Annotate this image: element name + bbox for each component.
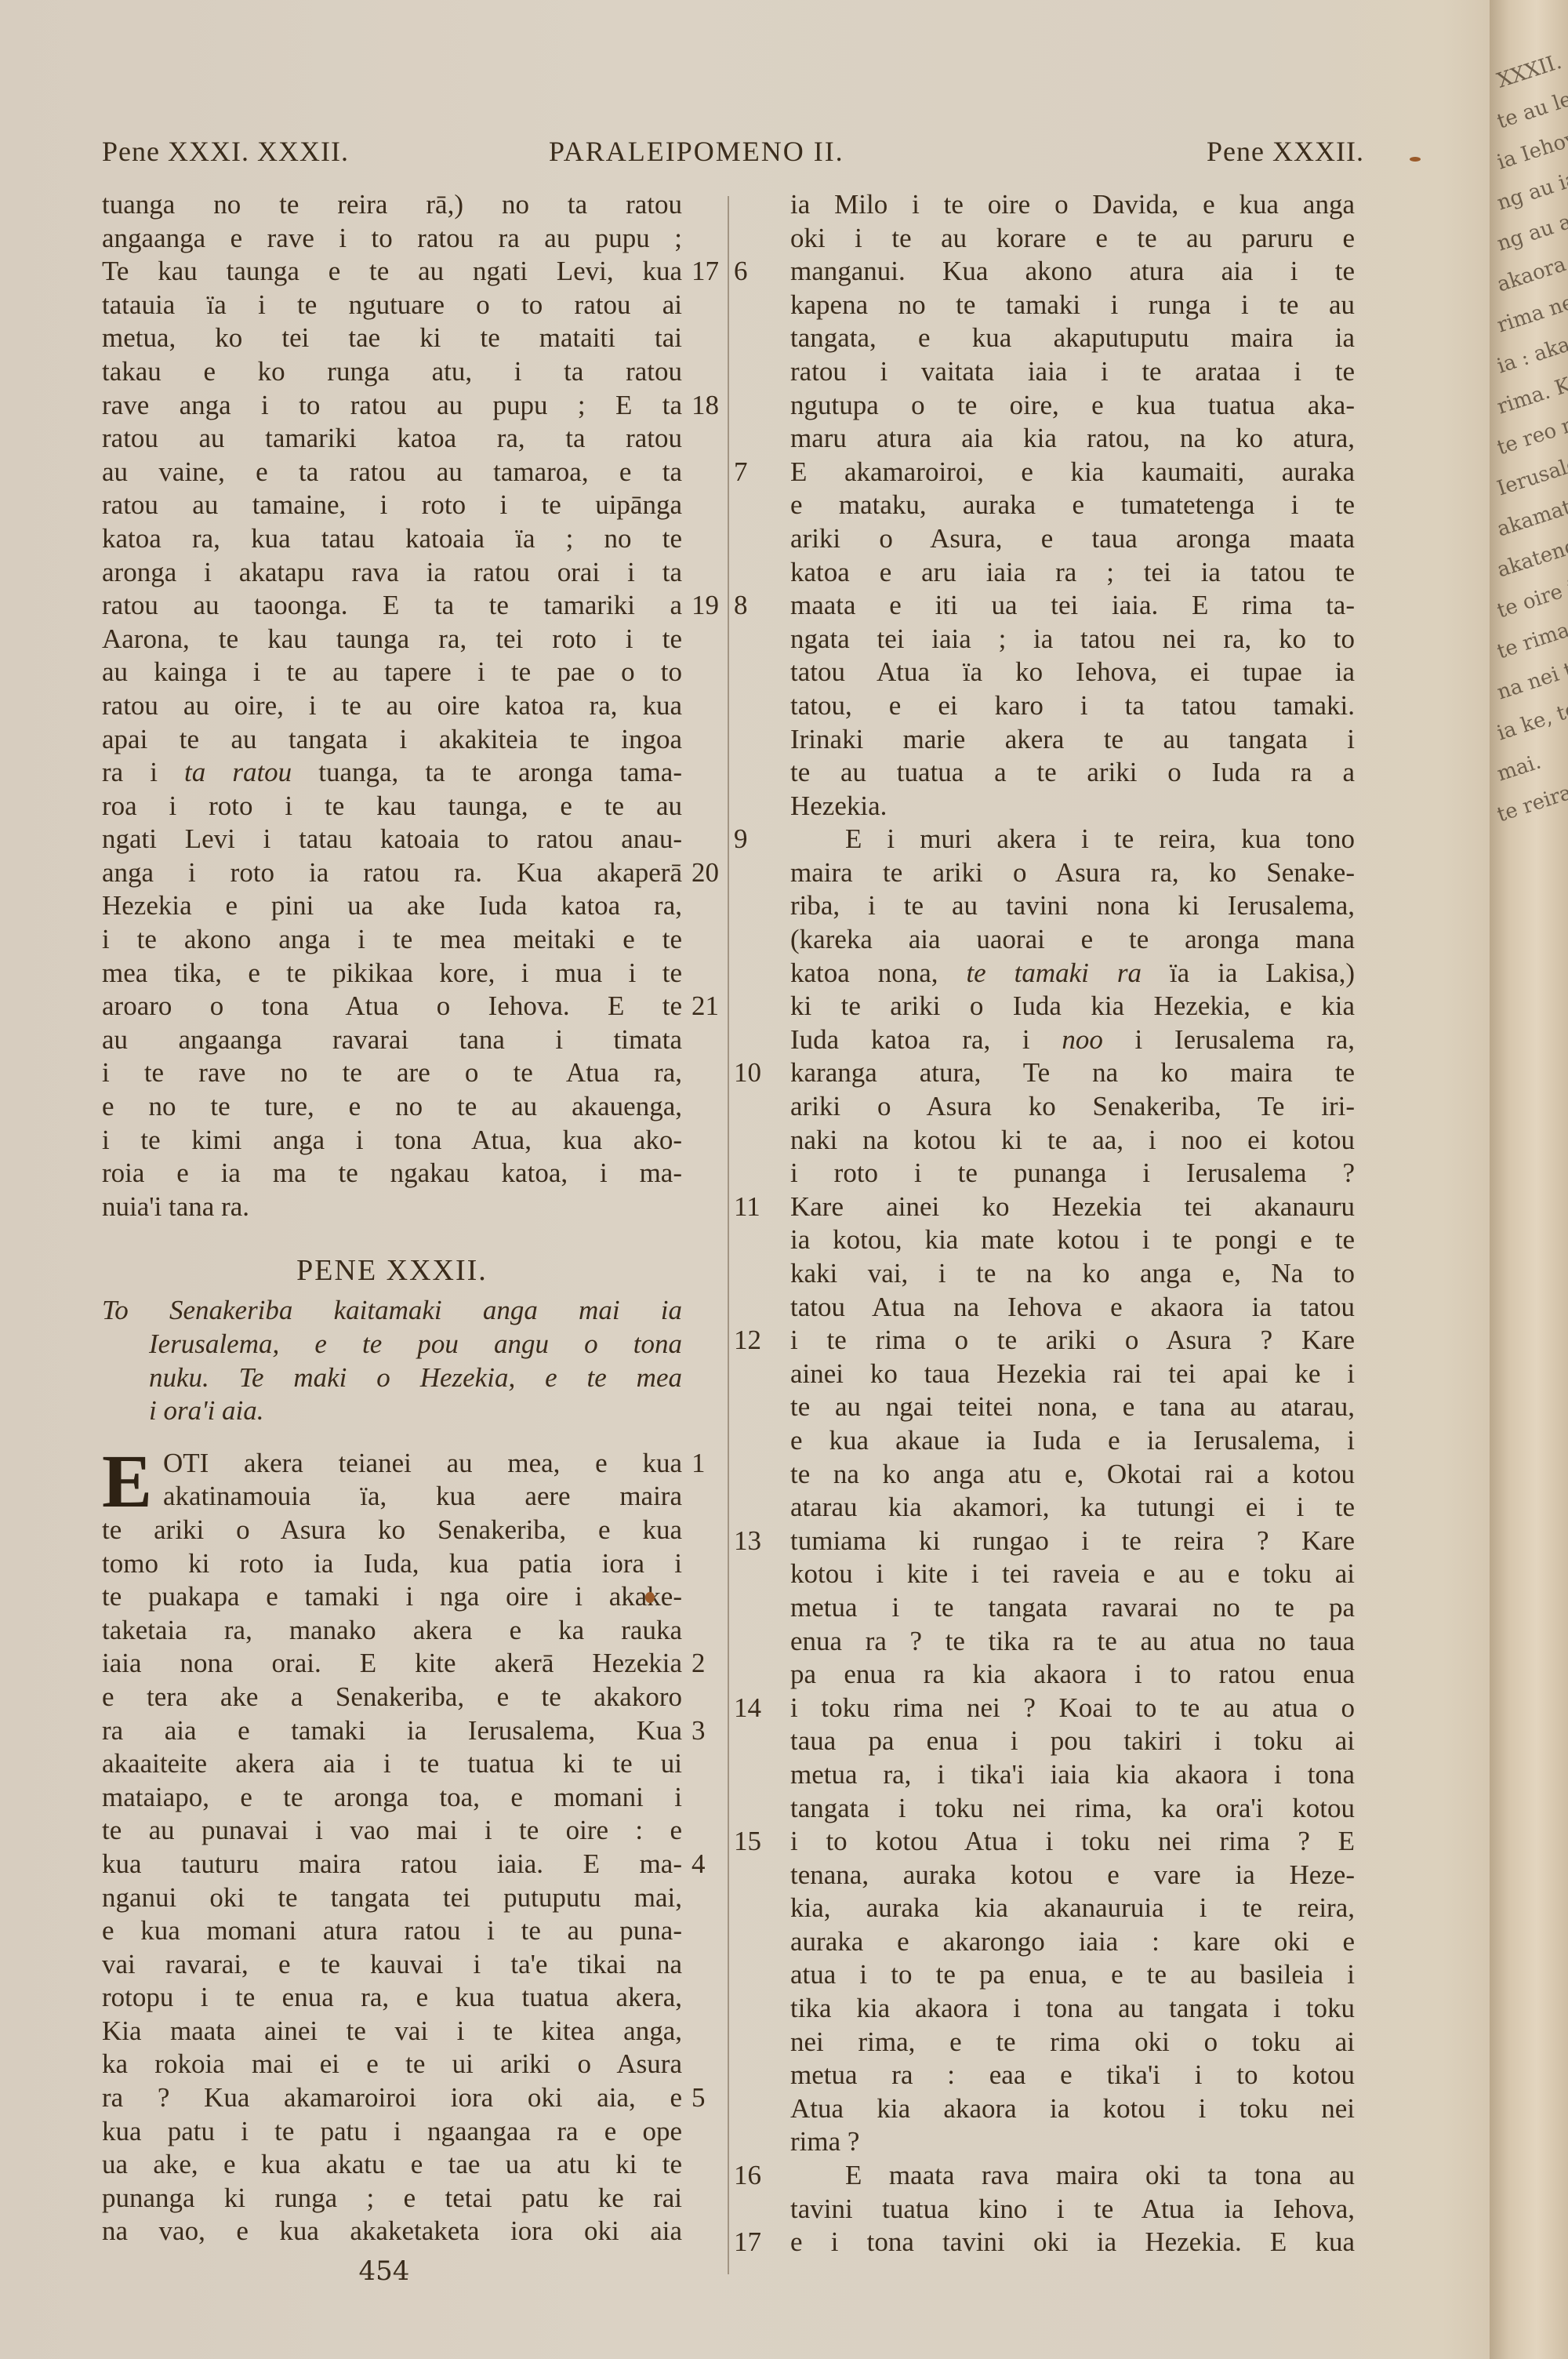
summary-line: Ierusalema, e te pou angu o tona [102, 1328, 682, 1361]
line-text: enua ra ? te tika ra te au atua no taua [790, 1626, 1355, 1656]
left-column-text-after-dropcap: te ariki o Asura ko Senakeriba, e kuatom… [102, 1514, 682, 2248]
line-text: e tera ake a Senakeriba, e te akakoro [102, 1681, 682, 1712]
text-line: aronga i akatapu rava ia ratou orai i ta [102, 556, 682, 590]
text-line: ka rokoia mai ei e te ui ariki o Asura [102, 2048, 682, 2081]
text-line: aroaro o tona Atua o Iehova. E te21 [102, 990, 682, 1023]
line-text: punanga ki runga ; e tetai patu ke rai [102, 2183, 682, 2213]
text-line: te ariki o Asura ko Senakeriba, e kua [102, 1514, 682, 1547]
page-number: 454 [345, 2255, 423, 2287]
text-line: ratou au taoonga. E ta te tamariki a19 [102, 589, 682, 623]
line-text: vai ravarai, e te kauvai i ta'e tikai na [102, 1949, 682, 1979]
text-line: apai te au tangata i akakiteia te ingoa [102, 723, 682, 757]
line-text: ratou au tamaine, i roto i te uipānga [102, 489, 682, 520]
line-text: nganui oki te tangata tei putuputu mai, [102, 1882, 682, 1913]
text-line: roa i roto i te kau taunga, e te au [102, 790, 682, 823]
line-text: rave anga i to ratou au pupu ; E ta [102, 390, 682, 420]
right-column-text: ia Milo i te oire o Davida, e kua angaok… [790, 188, 1355, 2259]
text-line: takau e ko runga atu, i ta ratou [102, 355, 682, 389]
text-line: e mataku, auraka e tumatetenga i te [790, 489, 1355, 522]
line-text: tatou, e ei karo i ta tatou tamaki. [790, 690, 1355, 721]
text-line: ia Milo i te oire o Davida, e kua anga [790, 188, 1355, 222]
line-text: i toku rima nei ? Koai to te au atua o [790, 1692, 1355, 1723]
line-text: kapena no te tamaki i runga i te au [790, 289, 1355, 320]
line-text: Iuda katoa ra, i [790, 1024, 1062, 1055]
verse-number: 17 [691, 255, 739, 289]
text-line: ratou au oire, i te au oire katoa ra, ku… [102, 689, 682, 723]
line-text: atua i to te pa enua, e te au basileia i [790, 1959, 1355, 1990]
text-line: tatou Atua na Iehova e akaora ia tatou [790, 1291, 1355, 1325]
line-text: aronga i akatapu rava ia ratou orai i ta [102, 557, 682, 587]
text-line: kia, auraka kia akanauruia i te reira, [790, 1892, 1355, 1925]
text-line: Irinaki marie akera te au tangata i [790, 723, 1355, 757]
line-text: au angaanga ravarai tana i timata [102, 1024, 682, 1055]
text-line: vai ravarai, e te kauvai i ta'e tikai na [102, 1948, 682, 1982]
text-line: kapena no te tamaki i runga i te au [790, 289, 1355, 322]
text-line: naki na kotou ki te aa, i noo ei kotou [790, 1124, 1355, 1158]
text-line: ngati Levi i tatau katoaia to ratou anau… [102, 823, 682, 856]
text-line: akatinamouia ïa, kua aere maira [102, 1480, 682, 1514]
line-text: te puakapa e tamaki i nga oire i akake- [102, 1581, 682, 1612]
text-line: (kareka aia uaorai e te aronga mana [790, 923, 1355, 957]
text-line: ariki o Asura, e taua aronga maata [790, 522, 1355, 556]
line-text: angaanga e rave i to ratou ra au pupu ; [102, 223, 682, 253]
line-text: (kareka aia uaorai e te aronga mana [790, 924, 1355, 954]
line-text: i te akono anga i te mea meitaki e te [102, 924, 682, 954]
line-text: tangata, e kua akaputuputu maira ia [790, 322, 1355, 353]
line-text: ka rokoia mai ei e te ui ariki o Asura [102, 2048, 682, 2079]
next-page-text-fragment: mai. [1494, 750, 1544, 786]
line-text: Hezekia. [790, 791, 887, 821]
line-text: tatauia ïa i te ngutuare o to ratou ai [102, 289, 682, 320]
line-text: aroaro o tona Atua o Iehova. E te [102, 990, 682, 1021]
text-line: tangata i toku nei rima, ka ora'i kotou [790, 1792, 1355, 1826]
text-line: oki i te au korare e te au paruru e [790, 222, 1355, 256]
line-text: e mataku, auraka e tumatetenga i te [790, 489, 1355, 520]
line-text: kia, auraka kia akanauruia i te reira, [790, 1892, 1355, 1923]
text-line: kua patu i te patu i ngaangaa ra e ope [102, 2115, 682, 2149]
text-line: ainei ko taua Hezekia rai tei apai ke i [790, 1358, 1355, 1391]
text-line: anga i roto ia ratou ra. Kua akaperā20 [102, 856, 682, 890]
verse-number: 21 [691, 990, 739, 1023]
line-text: ratou au tamariki katoa ra, ta ratou [102, 423, 682, 453]
text-line: kaki vai, i te na ko anga e, Na to [790, 1257, 1355, 1291]
right-column: ia Milo i te oire o Davida, e kua angaok… [790, 188, 1355, 2259]
line-text: ngutupa o te oire, e kua tuatua aka- [790, 390, 1355, 420]
line-text: Hezekia e pini ua ake Iuda katoa ra, [102, 890, 682, 921]
line-text: tatou Atua na Iehova e akaora ia tatou [790, 1292, 1355, 1322]
next-page-edge: XXXII.te au leta akaia Iehova ; eng au i… [1490, 0, 1568, 2359]
verse-number: 8 [734, 589, 781, 623]
text-line: te na ko anga atu e, Okotai rai a kotou [790, 1458, 1355, 1492]
line-text: tavini tuatua kino i te Atua ia Iehova, [790, 2194, 1355, 2224]
line-text: ua ake, e kua akatu e tae ua atu ki te [102, 2149, 682, 2179]
running-head-right-chapter: XXXII. [1272, 136, 1364, 167]
text-line: nei rima, e te rima oki o toku ai [790, 2026, 1355, 2059]
line-text: mataiapo, e te aronga toa, e momani i [102, 1782, 682, 1812]
line-text: Te kau taunga e te au ngati Levi, kua [102, 256, 682, 286]
running-head-left: Pene XXXI. XXXII. [102, 135, 349, 168]
line-text: i Ierusalema ra, [1103, 1024, 1355, 1055]
summary-line: i ora'i aia. [102, 1394, 682, 1428]
text-line: e kua akaue ia Iuda e ia Ierusalema, i [790, 1424, 1355, 1458]
text-line: metua ra : eaa e tika'i i to kotou [790, 2059, 1355, 2092]
text-line: ua ake, e kua akatu e tae ua atu ki te [102, 2148, 682, 2182]
text-line: ariki o Asura ko Senakeriba, Te iri- [790, 1090, 1355, 1124]
text-line: te puakapa e tamaki i nga oire i akake- [102, 1580, 682, 1614]
text-line: pa enua ra kia akaora i to ratou enua [790, 1658, 1355, 1692]
text-line: atarau kia akamori, ka tutungi ei i te [790, 1491, 1355, 1525]
text-line: tumiama ki rungao i te reira ? Kare13 [790, 1525, 1355, 1558]
text-line: i roto i te punanga i Ierusalema ? [790, 1157, 1355, 1190]
verse-number: 9 [734, 823, 781, 856]
text-line: ratou au tamaine, i roto i te uipānga [102, 489, 682, 522]
text-line: Atua kia akaora ia kotou i toku nei [790, 2092, 1355, 2126]
line-text: Irinaki marie akera te au tangata i [790, 724, 1355, 754]
line-text: e no te ture, e no te au akauenga, [102, 1091, 682, 1121]
text-line: karanga atura, Te na ko maira te10 [790, 1056, 1355, 1090]
text-line: katoa ra, kua tatau katoaia ïa ; no te [102, 522, 682, 556]
text-line: te au ngai teitei nona, e tana au atarau… [790, 1390, 1355, 1424]
text-line: tangata, e kua akaputuputu maira ia [790, 322, 1355, 355]
summary-line: nuku. Te maki o Hezekia, e te mea [102, 1361, 682, 1395]
line-text: rotopu i te enua ra, e kua tuatua akera, [102, 1982, 682, 2012]
text-line: punanga ki runga ; e tetai patu ke rai [102, 2182, 682, 2215]
line-text: akatinamouia ïa, kua aere maira [163, 1481, 682, 1511]
line-text: ratou i vaitata iaia i te arataa i te [790, 356, 1355, 387]
line-text: mea tika, e te pikikaa kore, i mua i te [102, 958, 682, 988]
text-line: tatou, e ei karo i ta tatou tamaki. [790, 689, 1355, 723]
text-line: metua i te tangata ravarai no te pa [790, 1591, 1355, 1625]
italic-text: ta ratou [184, 757, 292, 787]
verse-number: 10 [734, 1056, 781, 1090]
text-line: tatou Atua ïa ko Iehova, ei tupae ia [790, 656, 1355, 689]
text-line: kotou i kite i tei raveia e au e toku ai [790, 1558, 1355, 1591]
verse-number: 5 [691, 2081, 739, 2115]
line-text: karanga atura, Te na ko maira te [790, 1057, 1355, 1088]
text-line: au angaanga ravarai tana i timata [102, 1023, 682, 1057]
line-text: metua ra : eaa e tika'i i to kotou [790, 2059, 1355, 2090]
text-line: Kia maata ainei te vai i te kitea anga, [102, 2015, 682, 2048]
text-line: ra i ta ratou tuanga, ta te aronga tama- [102, 756, 682, 790]
text-line: te au tuatua a te ariki o Iuda ra a [790, 756, 1355, 790]
book-page: Pene XXXI. XXXII. PARALEIPOMENO II. Pene… [0, 0, 1490, 2359]
line-text: nuia'i tana ra. [102, 1191, 249, 1222]
line-text: ki te ariki o Iuda kia Hezekia, e kia [790, 990, 1355, 1021]
verse-number: 14 [734, 1692, 781, 1725]
line-text: taketaia ra, manako akera e ka rauka [102, 1615, 682, 1645]
verse-number: 3 [691, 1714, 739, 1748]
line-text: atarau kia akamori, ka tutungi ei i te [790, 1492, 1355, 1522]
line-text: i to kotou Atua i toku nei rima ? E [790, 1826, 1355, 1856]
ink-stain [1410, 157, 1421, 162]
line-text: au kainga i te au tapere i te pae o to [102, 656, 682, 687]
text-line: i te kimi anga i tona Atua, kua ako- [102, 1124, 682, 1158]
line-text: tumiama ki rungao i te reira ? Kare [790, 1525, 1355, 1556]
running-head-right: Pene XXXII. [1207, 135, 1364, 168]
text-line: i te rima o te ariki o Asura ? Kare12 [790, 1324, 1355, 1358]
line-text: nei rima, e te rima oki o toku ai [790, 2026, 1355, 2057]
line-text: OTI akera teianei au mea, e kua [163, 1448, 682, 1478]
text-line: kua tauturu maira ratou iaia. E ma-4 [102, 1848, 682, 1881]
verse-number: 15 [734, 1825, 781, 1859]
line-text: taua pa enua i pou takiri i toku ai [790, 1725, 1355, 1756]
verse-number: 18 [691, 389, 739, 423]
line-text: Aarona, te kau taunga ra, tei roto i te [102, 623, 682, 654]
text-line: ia kotou, kia mate kotou i te pongi e te [790, 1223, 1355, 1257]
line-text: kaki vai, i te na ko anga e, Na to [790, 1258, 1355, 1289]
line-text: tuanga, ta te aronga tama- [292, 757, 682, 787]
left-column: tuanga no te reira rā,) no ta ratouangaa… [102, 188, 682, 2248]
line-text: E akamaroiroi, e kia kaumaiti, auraka [790, 456, 1355, 487]
text-line: iaia nona orai. E kite akerā Hezekia2 [102, 1647, 682, 1681]
line-text: maata e iti ua tei iaia. E rima ta- [790, 590, 1355, 620]
text-line: ki te ariki o Iuda kia Hezekia, e kia [790, 990, 1355, 1023]
line-text: akaaiteite akera aia i te tuatua ki te u… [102, 1748, 682, 1779]
line-text: maru atura aia kia ratou, na ko atura, [790, 423, 1355, 453]
text-line: Iuda katoa ra, i noo i Ierusalema ra, [790, 1023, 1355, 1057]
text-line: E i muri akera i te reira, kua tono9 [790, 823, 1355, 856]
text-line: au kainga i te au tapere i te pae o to [102, 656, 682, 689]
line-text: Kia maata ainei te vai i te kitea anga, [102, 2016, 682, 2046]
text-line: maata e iti ua tei iaia. E rima ta-8 [790, 589, 1355, 623]
line-text: ariki o Asura ko Senakeriba, Te iri- [790, 1091, 1355, 1121]
left-column-text-before-heading: tuanga no te reira rā,) no ta ratouangaa… [102, 188, 682, 1223]
line-text: kotou i kite i tei raveia e au e toku ai [790, 1558, 1355, 1589]
text-line: i to kotou Atua i toku nei rima ? E15 [790, 1825, 1355, 1859]
text-line: e no te ture, e no te au akauenga, [102, 1090, 682, 1124]
text-line: rave anga i to ratou au pupu ; E ta18 [102, 389, 682, 423]
line-text: i roto i te punanga i Ierusalema ? [790, 1158, 1355, 1188]
text-line: mataiapo, e te aronga toa, e momani i [102, 1781, 682, 1815]
verse-number: 19 [691, 589, 739, 623]
verse-number: 13 [734, 1525, 781, 1558]
verse-number: 4 [691, 1848, 739, 1881]
line-text: takau e ko runga atu, i ta ratou [102, 356, 682, 387]
chapter-opening: E OTI akera teianei au mea, e kua1akatin… [102, 1447, 682, 1514]
line-text: te au tuatua a te ariki o Iuda ra a [790, 757, 1355, 787]
line-text: i te kimi anga i tona Atua, kua ako- [102, 1125, 682, 1155]
line-text: katoa nona, [790, 958, 966, 988]
verse-number: 6 [734, 255, 781, 289]
line-text: metua ra, i tika'i iaia kia akaora i ton… [790, 1759, 1355, 1790]
line-text: tomo ki roto ia Iuda, kua patia iora i [102, 1548, 682, 1579]
line-text: ngati Levi i tatau katoaia to ratou anau… [102, 823, 682, 854]
line-text: i te rima o te ariki o Asura ? Kare [790, 1325, 1355, 1355]
line-text: E i muri akera i te reira, kua tono [790, 823, 1355, 854]
running-head-right-prefix: Pene [1207, 136, 1265, 167]
line-text: tenana, auraka kotou e vare ia Heze- [790, 1859, 1355, 1890]
line-text: te ariki o Asura ko Senakeriba, e kua [102, 1514, 682, 1545]
text-line: i toku rima nei ? Koai to te au atua o14 [790, 1692, 1355, 1725]
text-line: Kare ainei ko Hezekia tei akanauru11 [790, 1190, 1355, 1224]
verse-number: 7 [734, 456, 781, 489]
italic-text: te tamaki ra [966, 958, 1142, 988]
text-line: akaaiteite akera aia i te tuatua ki te u… [102, 1747, 682, 1781]
text-line: maira te ariki o Asura ra, ko Senake- [790, 856, 1355, 890]
text-line: roia e ia ma te ngakau katoa, i ma- [102, 1157, 682, 1190]
line-text: E maata rava maira oki ta tona au [790, 2160, 1355, 2190]
text-line: tomo ki roto ia Iuda, kua patia iora i [102, 1547, 682, 1581]
text-line: Te kau taunga e te au ngati Levi, kua17 [102, 255, 682, 289]
verse-number: 11 [734, 1190, 781, 1224]
running-head-left-prefix: Pene [102, 136, 160, 167]
text-line: ra aia e tamaki ia Ierusalema, Kua3 [102, 1714, 682, 1748]
text-line: E akamaroiroi, e kia kaumaiti, auraka7 [790, 456, 1355, 489]
text-line: taua pa enua i pou takiri i toku ai [790, 1725, 1355, 1758]
line-text: Kare ainei ko Hezekia tei akanauru [790, 1191, 1355, 1222]
text-line: OTI akera teianei au mea, e kua1 [102, 1447, 682, 1481]
book-title: PARALEIPOMENO II. [549, 135, 844, 168]
chapter-summary: To Senakeriba kaitamaki anga mai iaIerus… [102, 1294, 682, 1427]
line-text: manganui. Kua akono atura aia i te [790, 256, 1355, 286]
line-text: maira te ariki o Asura ra, ko Senake- [790, 857, 1355, 888]
text-line: ratou au tamariki katoa ra, ta ratou [102, 422, 682, 456]
text-line: Hezekia e pini ua ake Iuda katoa ra, [102, 889, 682, 923]
running-head-left-chapters: XXXI. XXXII. [168, 136, 349, 167]
line-text: e i tona tavini oki ia Hezekia. E kua [790, 2226, 1355, 2257]
line-text: ra i [102, 757, 184, 787]
line-text: ariki o Asura, e taua aronga maata [790, 523, 1355, 554]
text-line: enua ra ? te tika ra te au atua no taua [790, 1625, 1355, 1659]
text-line: atua i to te pa enua, e te au basileia i [790, 1958, 1355, 1992]
line-text: au vaine, e ta ratou au tamaroa, e ta [102, 456, 682, 487]
line-text: pa enua ra kia akaora i to ratou enua [790, 1659, 1355, 1689]
chapter-heading: PENE XXXII. [102, 1247, 682, 1294]
text-line: tika kia akaora i tona au tangata i toku [790, 1992, 1355, 2026]
text-line: Aarona, te kau taunga ra, tei roto i te [102, 623, 682, 656]
text-line: taketaia ra, manako akera e ka rauka [102, 1614, 682, 1648]
text-line: angaanga e rave i to ratou ra au pupu ; [102, 222, 682, 256]
line-text: ia Milo i te oire o Davida, e kua anga [790, 189, 1355, 220]
line-text: anga i roto ia ratou ra. Kua akaperā [102, 857, 682, 888]
line-text: ngata tei iaia ; ia tatou nei ra, ko to [790, 623, 1355, 654]
next-page-text-fragment: XXXII. [1494, 50, 1564, 93]
line-text: katoa e aru iaia ra ; tei ia tatou te [790, 557, 1355, 587]
line-text: ratou au taoonga. E ta te tamariki a [102, 590, 682, 620]
text-line: rotopu i te enua ra, e kua tuatua akera, [102, 1981, 682, 2015]
verse-number: 1 [691, 1447, 739, 1481]
line-text: tatou Atua ïa ko Iehova, ei tupae ia [790, 656, 1355, 687]
line-text: katoa ra, kua tatau katoaia ïa ; no te [102, 523, 682, 554]
text-line: te au punavai i vao mai i te oire : e [102, 1814, 682, 1848]
line-text: i te rave no te are o te Atua ra, [102, 1057, 682, 1088]
text-line: metua, ko tei tae ki te mataiti tai [102, 322, 682, 355]
text-line: E maata rava maira oki ta tona au16 [790, 2159, 1355, 2193]
text-line: tatauia ïa i te ngutuare o to ratou ai [102, 289, 682, 322]
text-line: ngutupa o te oire, e kua tuatua aka- [790, 389, 1355, 423]
line-text: oki i te au korare e te au paruru e [790, 223, 1355, 253]
text-line: e i tona tavini oki ia Hezekia. E kua17 [790, 2226, 1355, 2259]
line-text: te na ko anga atu e, Okotai rai a kotou [790, 1459, 1355, 1489]
text-line: Hezekia. [790, 790, 1355, 823]
text-line: manganui. Kua akono atura aia i te6 [790, 255, 1355, 289]
text-line: nuia'i tana ra. [102, 1190, 682, 1224]
line-text: naki na kotou ki te aa, i noo ei kotou [790, 1125, 1355, 1155]
line-text: na vao, e kua akaketaketa iora oki aia [102, 2215, 682, 2246]
ink-stain [645, 1592, 655, 1603]
line-text: ratou au oire, i te au oire katoa ra, ku… [102, 690, 682, 721]
text-line: na vao, e kua akaketaketa iora oki aia [102, 2215, 682, 2248]
line-text: auraka e akarongo iaia : kare oki e [790, 1926, 1355, 1957]
line-text: tika kia akaora i tona au tangata i toku [790, 1993, 1355, 2023]
drop-cap-lines: OTI akera teianei au mea, e kua1akatinam… [102, 1447, 682, 1514]
line-text: metua, ko tei tae ki te mataiti tai [102, 322, 682, 353]
line-text: te au punavai i vao mai i te oire : e [102, 1815, 682, 1845]
text-line: katoa nona, te tamaki ra ïa ia Lakisa,) [790, 957, 1355, 990]
line-text: iaia nona orai. E kite akerā Hezekia [102, 1648, 682, 1678]
line-text: tuanga no te reira rā,) no ta ratou [102, 189, 682, 220]
line-text: e kua momani atura ratou i te au puna- [102, 1915, 682, 1946]
line-text: riba, i te au tavini nona ki Ierusalema, [790, 890, 1355, 921]
text-line: mea tika, e te pikikaa kore, i mua i te [102, 957, 682, 990]
italic-text: noo [1062, 1024, 1103, 1055]
line-text: ia kotou, kia mate kotou i te pongi e te [790, 1224, 1355, 1255]
text-line: katoa e aru iaia ra ; tei ia tatou te [790, 556, 1355, 590]
verse-number: 12 [734, 1324, 781, 1358]
text-line: e tera ake a Senakeriba, e te akakoro [102, 1681, 682, 1714]
text-line: tuanga no te reira rā,) no ta ratou [102, 188, 682, 222]
text-line: maru atura aia kia ratou, na ko atura, [790, 422, 1355, 456]
text-line: ngata tei iaia ; ia tatou nei ra, ko to [790, 623, 1355, 656]
line-text: tangata i toku nei rima, ka ora'i kotou [790, 1793, 1355, 1823]
line-text: rima ? [790, 2126, 859, 2157]
verse-number: 16 [734, 2159, 781, 2193]
text-line: auraka e akarongo iaia : kare oki e [790, 1925, 1355, 1959]
running-head: Pene XXXI. XXXII. PARALEIPOMENO II. Pene… [102, 135, 1364, 182]
verse-number: 17 [734, 2226, 781, 2259]
text-line: ratou i vaitata iaia i te arataa i te [790, 355, 1355, 389]
column-divider-rule [728, 196, 729, 2274]
line-text: ïa ia Lakisa,) [1142, 958, 1355, 988]
text-line: ra ? Kua akamaroiroi iora oki aia, e5 [102, 2081, 682, 2115]
line-text: e kua akaue ia Iuda e ia Ierusalema, i [790, 1425, 1355, 1456]
text-line: i te akono anga i te mea meitaki e te [102, 923, 682, 957]
text-line: i te rave no te are o te Atua ra, [102, 1056, 682, 1090]
line-text: roia e ia ma te ngakau katoa, i ma- [102, 1158, 682, 1188]
line-text: metua i te tangata ravarai no te pa [790, 1592, 1355, 1623]
line-text: apai te au tangata i akakiteia te ingoa [102, 724, 682, 754]
verse-number: 2 [691, 1647, 739, 1681]
text-line: riba, i te au tavini nona ki Ierusalema, [790, 889, 1355, 923]
line-text: ainei ko taua Hezekia rai tei apai ke i [790, 1358, 1355, 1389]
summary-line: To Senakeriba kaitamaki anga mai ia [102, 1294, 682, 1328]
line-text: ra ? Kua akamaroiroi iora oki aia, e [102, 2082, 682, 2113]
line-text: ra aia e tamaki ia Ierusalema, Kua [102, 1715, 682, 1746]
text-line: e kua momani atura ratou i te au puna- [102, 1914, 682, 1948]
line-text: kua patu i te patu i ngaangaa ra e ope [102, 2116, 682, 2146]
line-text: te au ngai teitei nona, e tana au atarau… [790, 1391, 1355, 1422]
text-line: nganui oki te tangata tei putuputu mai, [102, 1881, 682, 1915]
line-text: roa i roto i te kau taunga, e te au [102, 791, 682, 821]
text-line: tenana, auraka kotou e vare ia Heze- [790, 1859, 1355, 1892]
line-text: kua tauturu maira ratou iaia. E ma- [102, 1848, 682, 1879]
text-line: tavini tuatua kino i te Atua ia Iehova, [790, 2193, 1355, 2226]
text-line: metua ra, i tika'i iaia kia akaora i ton… [790, 1758, 1355, 1792]
text-line: rima ? [790, 2125, 1355, 2159]
verse-number: 20 [691, 856, 739, 890]
line-text: Atua kia akaora ia kotou i toku nei [790, 2093, 1355, 2124]
text-line: au vaine, e ta ratou au tamaroa, e ta [102, 456, 682, 489]
